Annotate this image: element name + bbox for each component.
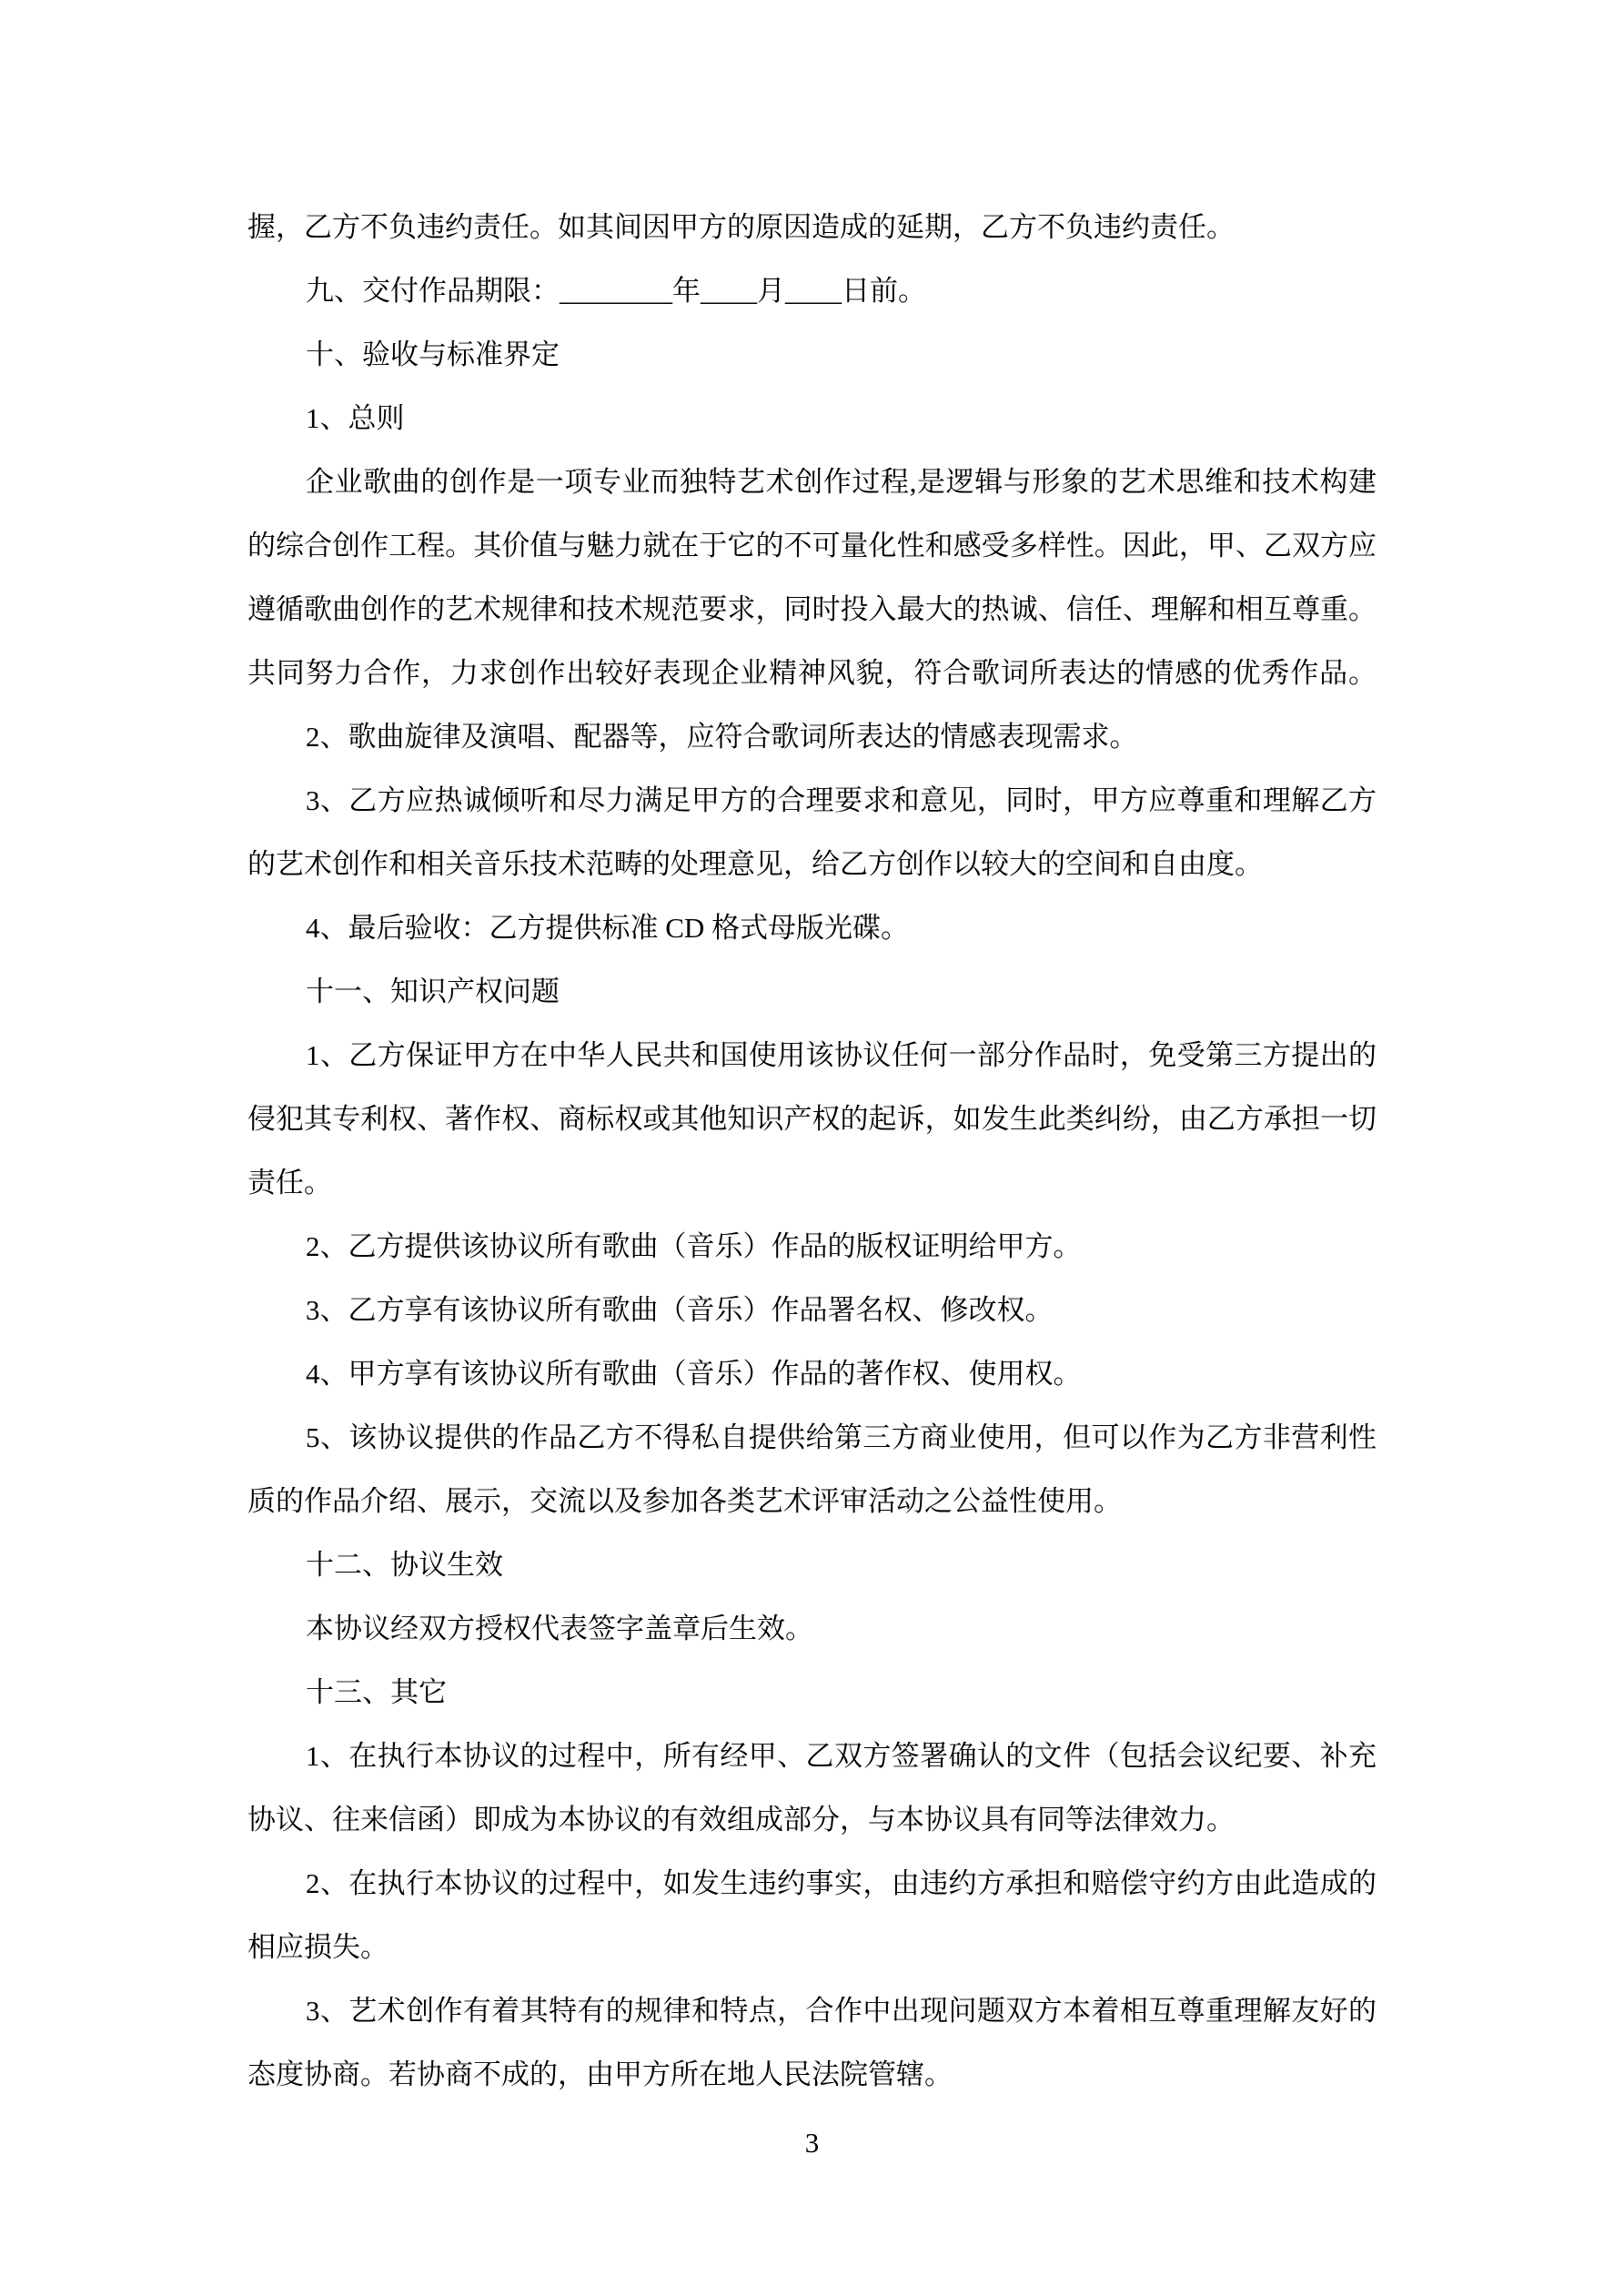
document-line: 握，乙方不负违约责任。如其间因甲方的原因造成的延期，乙方不负违约责任。: [247, 196, 1377, 259]
document-line: 1、在执行本协议的过程中，所有经甲、乙双方签署确认的文件（包括会议纪要、补充: [247, 1725, 1377, 1788]
document-line: 共同努力合作，力求创作出较好表现企业精神风貌，符合歌词所表达的情感的优秀作品。: [247, 642, 1377, 705]
document-line: 质的作品介绍、展示，交流以及参加各类艺术评审活动之公益性使用。: [247, 1470, 1377, 1533]
document-line: 5、该协议提供的作品乙方不得私自提供给第三方商业使用，但可以作为乙方非营利性: [247, 1406, 1377, 1470]
document-line: 2、歌曲旋律及演唱、配器等，应符合歌词所表达的情感表现需求。: [247, 705, 1377, 769]
document-line: 本协议经双方授权代表签字盖章后生效。: [247, 1597, 1377, 1661]
document-line: 1、乙方保证甲方在中华人民共和国使用该协议任何一部分作品时，免受第三方提出的: [247, 1024, 1377, 1087]
document-line: 十、验收与标准界定: [247, 323, 1377, 387]
document-line: 4、甲方享有该协议所有歌曲（音乐）作品的著作权、使用权。: [247, 1342, 1377, 1406]
document-line: 2、乙方提供该协议所有歌曲（音乐）作品的版权证明给甲方。: [247, 1215, 1377, 1279]
document-line: 的艺术创作和相关音乐技术范畴的处理意见，给乙方创作以较大的空间和自由度。: [247, 833, 1377, 896]
document-line: 侵犯其专利权、著作权、商标权或其他知识产权的起诉，如发生此类纠纷，由乙方承担一切: [247, 1087, 1377, 1151]
document-line: 1、总则: [247, 387, 1377, 450]
document-line: 责任。: [247, 1151, 1377, 1215]
document-line: 企业歌曲的创作是一项专业而独特艺术创作过程,是逻辑与形象的艺术思维和技术构建: [247, 450, 1377, 514]
document-line: 遵循歌曲创作的艺术规律和技术规范要求，同时投入最大的热诚、信任、理解和相互尊重。: [247, 578, 1377, 642]
document-page: 握，乙方不负违约责任。如其间因甲方的原因造成的延期，乙方不负违约责任。九、交付作…: [0, 0, 1624, 2296]
document-line: 3、乙方应热诚倾听和尽力满足甲方的合理要求和意见，同时，甲方应尊重和理解乙方: [247, 769, 1377, 833]
document-line: 的综合创作工程。其价值与魅力就在于它的不可量化性和感受多样性。因此，甲、乙双方应: [247, 514, 1377, 578]
page-number: 3: [0, 2111, 1624, 2175]
document-line: 态度协商。若协商不成的，由甲方所在地人民法院管辖。: [247, 2043, 1377, 2107]
document-line: 协议、往来信函）即成为本协议的有效组成部分，与本协议具有同等法律效力。: [247, 1788, 1377, 1852]
document-line: 十一、知识产权问题: [247, 960, 1377, 1024]
document-line: 4、最后验收：乙方提供标准 CD 格式母版光碟。: [247, 896, 1377, 960]
document-line: 九、交付作品期限：________年____月____日前。: [247, 259, 1377, 323]
document-line: 2、在执行本协议的过程中，如发生违约事实，由违约方承担和赔偿守约方由此造成的: [247, 1852, 1377, 1916]
document-line: 相应损失。: [247, 1916, 1377, 1979]
document-body: 握，乙方不负违约责任。如其间因甲方的原因造成的延期，乙方不负违约责任。九、交付作…: [247, 196, 1377, 2107]
document-line: 3、乙方享有该协议所有歌曲（音乐）作品署名权、修改权。: [247, 1279, 1377, 1342]
document-line: 十三、其它: [247, 1661, 1377, 1725]
document-line: 十二、协议生效: [247, 1533, 1377, 1597]
document-line: 3、艺术创作有着其特有的规律和特点，合作中出现问题双方本着相互尊重理解友好的: [247, 1979, 1377, 2043]
